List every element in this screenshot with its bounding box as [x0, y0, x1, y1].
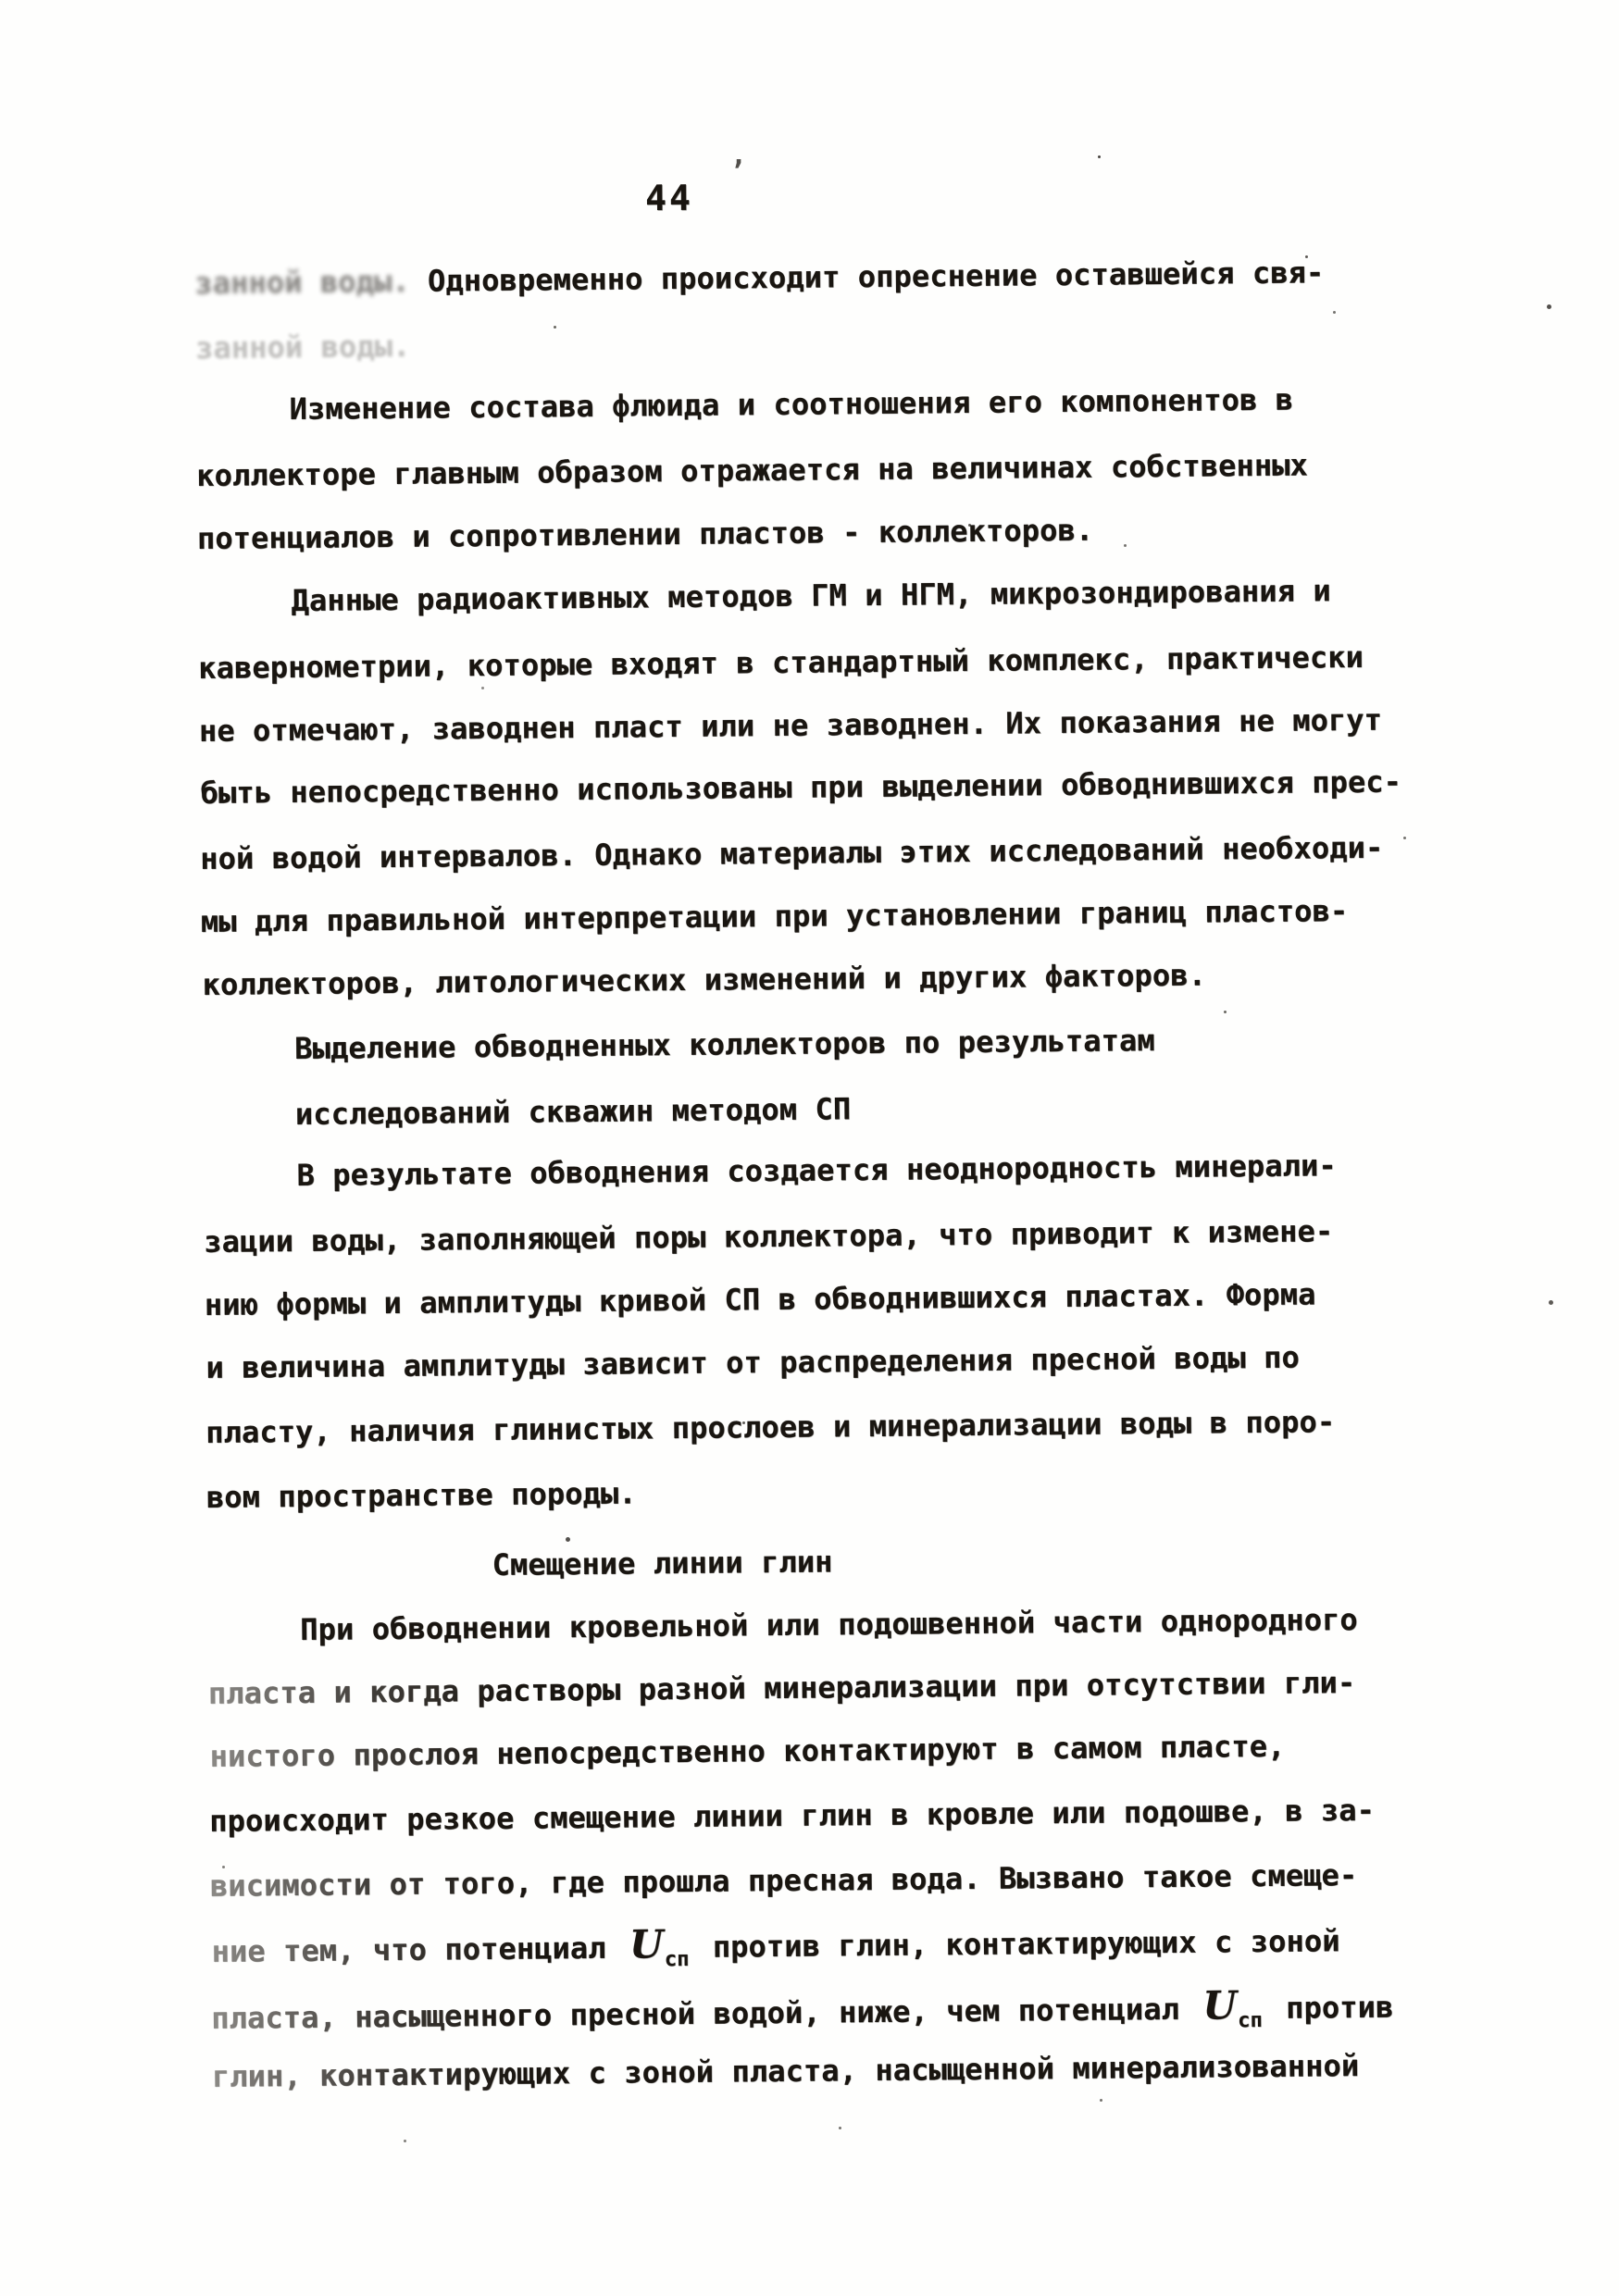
text-line: пласту, наличия глинистых прослоев и мин… [205, 1388, 1558, 1465]
document-page: 44 ’ занной воды. Одновременно происходи… [0, 0, 1619, 2296]
text-run: пласту, наличия глинистых прослоев и мин… [205, 1404, 1335, 1450]
text-line: Изменение состава флюида и соотношения е… [196, 366, 1549, 442]
text-line: занной воды. Одновременно происходит опр… [194, 239, 1547, 316]
text-run: ние тем, что потенциал [211, 1930, 624, 1969]
text-run: нию формы и амплитуды кривой СП в обводн… [205, 1276, 1316, 1322]
text-line: происходит резкое смещение линии глин в … [209, 1777, 1562, 1854]
scan-noise [0, 0, 3, 3]
text-line: Выделение обводненных коллекторов по рез… [202, 1005, 1554, 1082]
text-run: кавернометрии, которые входят в стандарт… [198, 639, 1364, 686]
text-run: нистого прослоя непосредственно контакти… [209, 1729, 1285, 1774]
text-run: быть непосредственно использованы при вы… [200, 764, 1401, 811]
text-run: коллекторов, литологических изменений и … [202, 958, 1206, 1002]
text-run: Выделение обводненных коллекторов по рез… [294, 1023, 1155, 1066]
text-run: занной воды. [195, 329, 411, 366]
text-run: не отмечают, заводнен пласт или не завод… [199, 702, 1382, 749]
text-run: При обводнении кровельной или подошвенно… [300, 1602, 1358, 1647]
scan-mark: ’ [729, 155, 746, 188]
text-run: происходит резкое смещение линии глин в … [209, 1793, 1375, 1839]
text-run: вом пространстве породы. [206, 1475, 637, 1514]
text-run: В результате обводнения создается неодно… [296, 1148, 1337, 1193]
text-block: занной воды. Одновременно происходит опр… [194, 239, 1563, 2109]
text-line: Данные радиоактивных методов ГМ и НГМ, м… [198, 557, 1551, 634]
text-run: висимости от того, где прошла пресная во… [210, 1857, 1358, 1904]
text-line: глин, контактирующих с зоной пласта, нас… [212, 2032, 1564, 2109]
text-line: В результате обводнения создается неодно… [204, 1132, 1556, 1209]
text-run: занной воды. [194, 264, 410, 301]
text-line: вом пространстве породы. [206, 1453, 1559, 1530]
text-run: Одновременно происходит опреснение остав… [410, 254, 1325, 298]
text-line: ной водой интервалов. Однако материалы э… [200, 814, 1552, 891]
text-run: зации воды, заполняющей поры коллектора,… [204, 1213, 1333, 1260]
text-line: коллекторов, литологических изменений и … [202, 940, 1554, 1017]
text-run: Изменение состава флюида и соотношения е… [289, 382, 1293, 427]
text-run: против глин, контактирующих с зоной [694, 1923, 1340, 1965]
page-number: 44 [645, 178, 693, 218]
text-run: ной водой интервалов. Однако материалы э… [200, 830, 1383, 876]
text-run: против [1268, 1990, 1394, 2026]
text-run: пласта, насыщенного пресной водой, ниже,… [211, 1992, 1197, 2036]
text-line: ние тем, что потенциал Uсп против глин, … [211, 1904, 1563, 1980]
text-run: и величина амплитуды зависит от распреде… [205, 1340, 1300, 1385]
text-line: зации воды, заполняющей поры коллектора,… [204, 1198, 1556, 1274]
text-line: коллекторе главным образом отражается на… [196, 431, 1549, 508]
text-run: мы для правильной интерпретации при уста… [201, 893, 1349, 939]
text-run: исследований скважин методом СП [295, 1091, 852, 1132]
text-line: быть непосредственно использованы при вы… [200, 749, 1552, 825]
text-run: Данные радиоактивных методов ГМ и НГМ, м… [291, 573, 1331, 618]
text-run: глин, контактирующих с зоной пласта, нас… [212, 2048, 1360, 2094]
text-run: потенциалов и сопротивлении пластов - ко… [197, 513, 1094, 556]
text-run: пласта и когда растворы разной минерализ… [208, 1665, 1356, 1711]
text-run: Смещение линии глин [492, 1544, 832, 1582]
text-run: коллекторе главным образом отражается на… [196, 447, 1308, 493]
text-line: и величина амплитуды зависит от распреде… [205, 1323, 1558, 1400]
text-line: нистого прослоя непосредственно контакти… [209, 1712, 1562, 1789]
